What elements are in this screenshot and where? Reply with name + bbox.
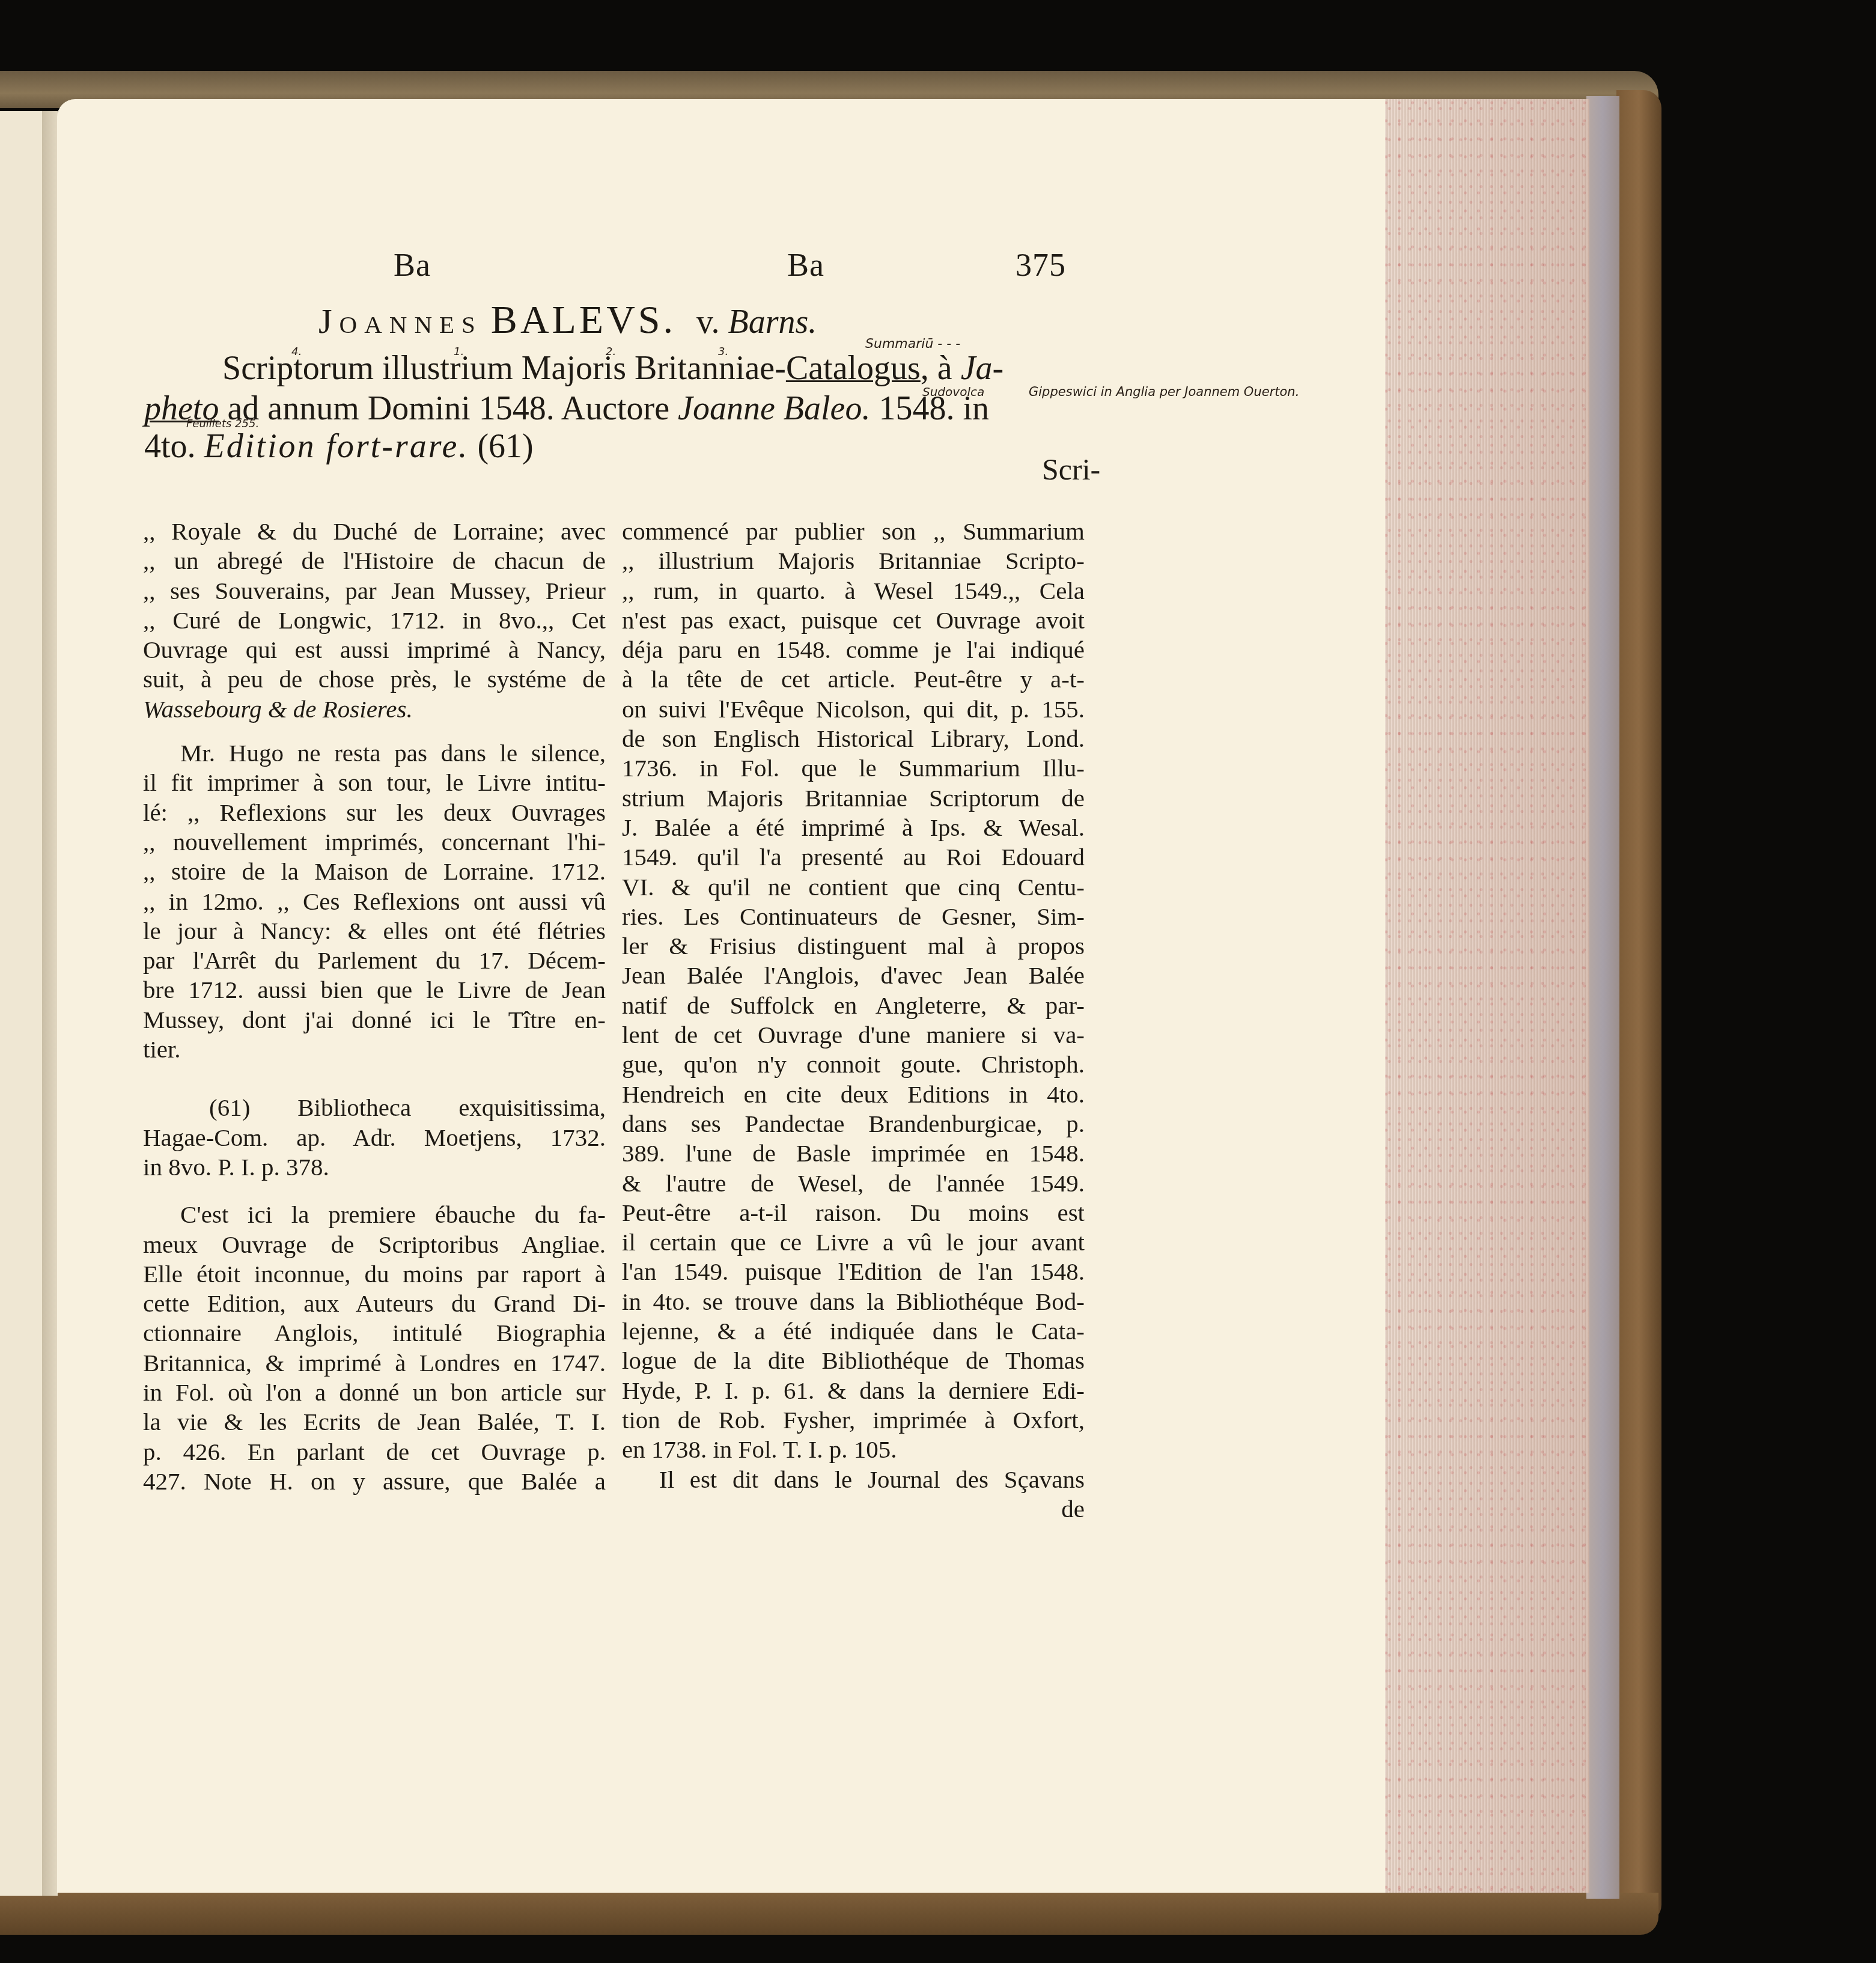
entry-surname: BALEVS. (491, 298, 676, 342)
text-line: ,, stoire de la Maison de Lorraine. 1712… (143, 857, 606, 886)
page-number: 375 (1016, 246, 1066, 284)
book-cover-bottom-edge (0, 1893, 1658, 1935)
text-line: J. Balée a été imprimé à Ips. & Wesal. (622, 813, 1085, 842)
text-line: 1549. qu'il l'a presenté au Roi Edouard (622, 842, 1085, 872)
text-line: Hyde, P. I. p. 61. & dans la derniere Ed… (622, 1376, 1085, 1405)
handwritten-numeral: 3. (718, 345, 728, 358)
text-line: C'est ici la premiere ébauche du fa- (143, 1200, 606, 1229)
handwritten-feuillets: Feuillets 255. (186, 418, 259, 430)
handwritten-numeral: 4. (291, 345, 302, 358)
text-line: tion de Rob. Fysher, imprimée à Oxfort, (622, 1405, 1085, 1435)
text-line: n'est pas exact, puisque cet Ouvrage avo… (622, 606, 1085, 635)
text-line: dans ses Pandectae Brandenburgicae, p. (622, 1109, 1085, 1139)
text-line: lé: ,, Reflexions sur les deux Ouvrages (143, 798, 606, 827)
catchword-de: de (622, 1494, 1085, 1524)
text-line: ,, Curé de Longwic, 1712. in 8vo.,, Cet (143, 606, 606, 635)
text-line: suit, à peu de chose près, le systéme de (143, 665, 606, 694)
paragraph-gap (143, 1182, 606, 1200)
book-cover-right-edge (1616, 90, 1661, 1923)
speckled-page-edges (1382, 99, 1589, 1893)
text-line: ,, in 12mo. ,, Ces Reflexions ont aussi … (143, 887, 606, 916)
text-line: le jour à Nancy: & elles ont été flétrie… (143, 916, 606, 946)
text-line: lent de cet Ouvrage d'une maniere si va- (622, 1020, 1085, 1050)
text-line: il fit imprimer à son tour, le Livre int… (143, 768, 606, 797)
title-text: ad annum Domini 1548. Auctore (219, 390, 678, 427)
book-gutter (42, 111, 58, 1896)
text-line: Ouvrage qui est aussi imprimé à Nancy, (143, 635, 606, 665)
title-format: 4to. (144, 428, 204, 465)
handwritten-summarium: Summariū - - - (865, 336, 960, 352)
title-japheto-start: Ja- (961, 350, 1004, 387)
text-line: ,, Royale & du Duché de Lorraine; avec (143, 517, 606, 546)
facing-page-strip (0, 111, 42, 1896)
text-line: Britannica, & imprimé à Londres en 1747. (143, 1348, 606, 1378)
text-line: logue de la dite Bibliothéque de Thomas (622, 1346, 1085, 1375)
text-line: VI. & qu'il ne contient que cinq Centu- (622, 872, 1085, 902)
text-line: à la tête de cet article. Peut-être y a-… (622, 665, 1085, 694)
right-column: commencé par publier son ,, Summarium ,,… (622, 517, 1085, 1524)
text-line: p. 426. En parlant de cet Ouvrage p. (143, 1437, 606, 1467)
text-line: Peut-être a-t-il raison. Du moins est (622, 1198, 1085, 1228)
text-line: ctionnaire Anglois, intitulé Biographia (143, 1318, 606, 1348)
text-line: commencé par publier son ,, Summarium (622, 517, 1085, 546)
text-line: ,, nouvellement imprimés, concernant l'h… (143, 827, 606, 857)
title-text: Scriptorum illustrium Majoris Britanniae… (222, 350, 786, 387)
text-line: il certain que ce Livre a vû le jour ava… (622, 1228, 1085, 1257)
text-line: ler & Frisius distinguent mal à propos (622, 931, 1085, 961)
text-line: déja paru en 1548. comme je l'ai indiqué (622, 635, 1085, 665)
text-line: ,, rum, in quarto. à Wesel 1549.,, Cela (622, 576, 1085, 606)
text-line: 427. Note H. on y assure, que Balée a (143, 1467, 606, 1496)
entry-heading: Joannes BALEVS. v. Barns. (318, 300, 817, 340)
text-line: & l'autre de Wesel, de l'année 1549. (622, 1169, 1085, 1198)
paragraph-gap (143, 724, 606, 738)
entry-first-name: Joannes (318, 302, 483, 341)
text-line: la vie & les Ecrits de Jean Balée, T. I. (143, 1407, 606, 1437)
text-line: ,, ses Souverains, par Jean Mussey, Prie… (143, 576, 606, 606)
catchword-scri: Scri- (1042, 452, 1100, 487)
text-line: Il est dit dans le Journal des Sçavans (622, 1465, 1085, 1494)
text-line: de son Englisch Historical Library, Lond… (622, 724, 1085, 753)
text-line: ,, illustrium Majoris Britanniae Scripto… (622, 546, 1085, 576)
title-text: , à (921, 350, 961, 387)
text-line: l'an 1549. puisque l'Edition de l'an 154… (622, 1257, 1085, 1286)
running-head-center: Ba (787, 246, 824, 284)
text-line: en 1738. in Fol. T. I. p. 105. (622, 1435, 1085, 1464)
text-line: in Fol. où l'on a donné un bon article s… (143, 1378, 606, 1407)
see-also-link: Barns. (728, 303, 817, 341)
text-line: in 4to. se trouve dans la Bibliothéque B… (622, 1287, 1085, 1316)
footnote-ref-61: (61) (469, 428, 533, 465)
running-head-left: Ba (394, 246, 431, 284)
title-catalogus: Catalogus (786, 350, 921, 387)
see-also-prefix: v. (696, 303, 719, 341)
footnote-line: Hagae-Com. ap. Adr. Moetjens, 1732. (143, 1123, 606, 1152)
text-line: on suivi l'Evêque Nicolson, qui dit, p. … (622, 695, 1085, 724)
title-rarity-note: Edition fort-rare. (204, 428, 469, 465)
handwritten-margin-note: Gippeswici in Anglia per Joannem Ouerton… (1029, 385, 1299, 399)
text-line: gue, qu'on n'y connoit goute. Christoph. (622, 1050, 1085, 1079)
text-line: tier. (143, 1035, 606, 1064)
text-line: strium Majoris Britanniae Scriptorum de (622, 784, 1085, 813)
text-line: 1736. in Fol. que le Summarium Illu- (622, 753, 1085, 783)
left-column: ,, Royale & du Duché de Lorraine; avec ,… (143, 517, 606, 1496)
endpaper-edge (1586, 96, 1619, 1899)
text-line: meux Ouvrage de Scriptoribus Angliae. (143, 1230, 606, 1259)
text-line: Wassebourg & de Rosieres. (143, 695, 606, 724)
paragraph-gap (143, 1064, 606, 1093)
handwritten-numeral: 1. (454, 345, 464, 358)
text-line: ries. Les Continuateurs de Gesner, Sim- (622, 902, 1085, 931)
text-line: bre 1712. aussi bien que le Livre de Jea… (143, 975, 606, 1005)
entry-title-line-3: 4to. Edition fort-rare. (61) (144, 430, 534, 463)
footnote-line: (61) Bibliotheca exquisitissima, (143, 1093, 606, 1122)
text-line: Hendreich en cite deux Editions in 4to. (622, 1080, 1085, 1109)
text-line: Mussey, dont j'ai donné ici le Tître en- (143, 1005, 606, 1035)
text-line: 389. l'une de Basle imprimée en 1548. (622, 1139, 1085, 1168)
text-line: Jean Balée l'Anglois, d'avec Jean Balée (622, 961, 1085, 990)
text-line: ,, un abregé de l'Histoire de chacun de (143, 546, 606, 576)
text-line: cette Edition, aux Auteurs du Grand Di- (143, 1289, 606, 1318)
text-line: par l'Arrêt du Parlement du 17. Décem- (143, 946, 606, 975)
text-line: Elle étoit inconnue, du moins par raport… (143, 1259, 606, 1289)
text-line: Mr. Hugo ne resta pas dans le silence, (143, 738, 606, 768)
handwritten-sudovolca: Sudovolca (922, 385, 984, 399)
text-line: lejenne, & a été indiquée dans le Cata- (622, 1316, 1085, 1346)
footnote-line: in 8vo. P. I. p. 378. (143, 1152, 606, 1182)
title-author: Joanne Baleo. (678, 390, 870, 427)
handwritten-numeral: 2. (606, 345, 616, 358)
text-line: natif de Suffolck en Angleterre, & par- (622, 991, 1085, 1020)
entry-title-line-2: pheto ad annum Domini 1548. Auctore Joan… (144, 392, 989, 425)
